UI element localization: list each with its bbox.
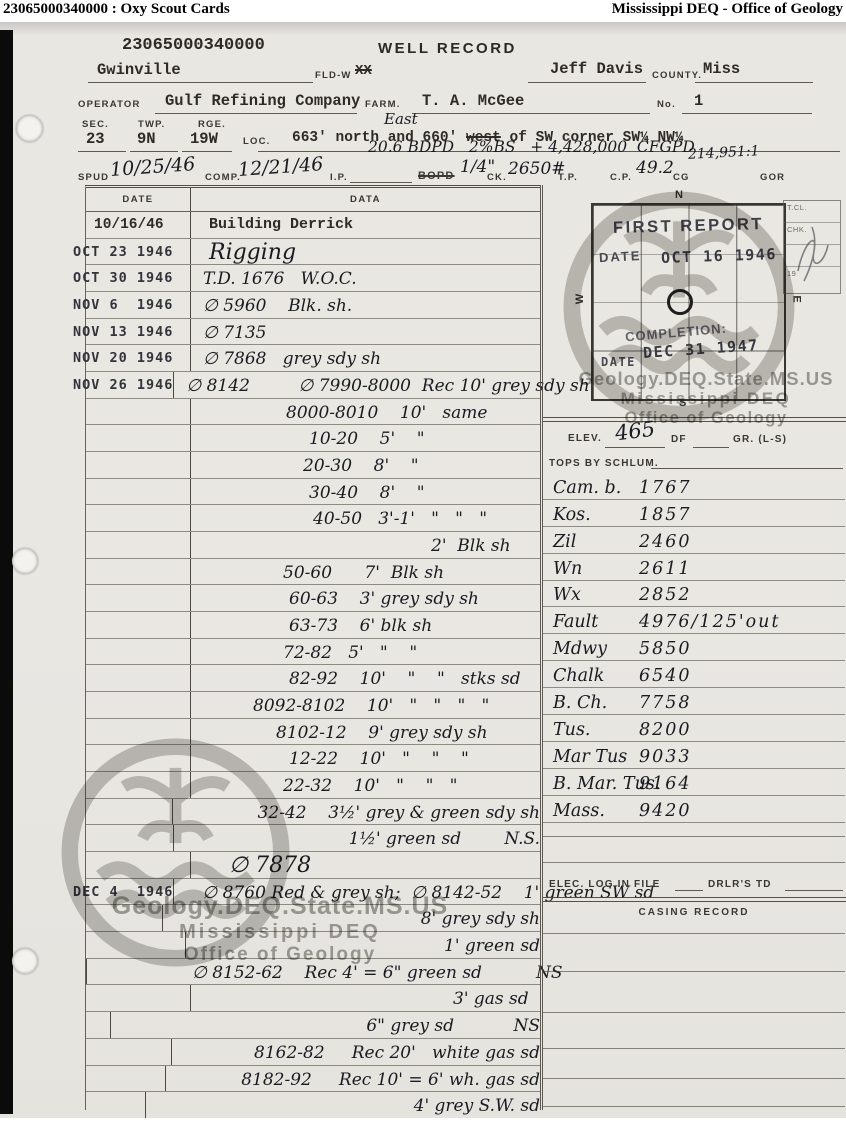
log-row: 4' grey S.W. sd (86, 1092, 540, 1119)
ruled-line (695, 82, 813, 83)
log-row-data: 50-60 7' Blk sh (191, 559, 540, 585)
viewer-header: 23065000340000 : Oxy Scout Cards Mississ… (0, 0, 846, 22)
log-row-data: 72-82 5' " " (191, 639, 540, 665)
log-row-date: OCT 23 1946 (86, 239, 191, 265)
formation-name: Chalk (553, 666, 604, 686)
scanned-scout-card-page: 23065000340000 : Oxy Scout Cards Mississ… (0, 0, 846, 1147)
log-row: 10-20 5' " (86, 425, 540, 452)
formation-depth: 9033 (639, 747, 692, 767)
operator-value: Gulf Refining Company (165, 92, 360, 110)
elec-log-label: ELEC. LOG IN FILE (549, 879, 661, 890)
rge-label: RGE. (198, 119, 226, 130)
tops-row: Fault 4976/125'out (543, 607, 845, 634)
log-row: 10/16/46 Building Derrick (86, 212, 540, 239)
bopd-struck-label: BOPD (418, 170, 455, 182)
log-row-data: 8102-12 9' grey sdy sh (191, 719, 540, 745)
formation-depth: 2460 (639, 532, 692, 552)
log-row: 8162-82 Rec 20' white gas sd (86, 1039, 540, 1066)
log-row: NOV 6 1946 ∅ 5960 Blk. sh. (86, 292, 540, 319)
log-row-date (86, 745, 191, 771)
log-row-data: ∅ 7868 grey sdy sh (191, 345, 540, 371)
tops-row: Wn 2611 (543, 554, 845, 581)
log-row-data: 12-22 10' " " " (191, 745, 540, 771)
tp-label: T.P. (558, 172, 578, 183)
sec-value: 23 (86, 130, 105, 148)
log-row-date (86, 1066, 166, 1092)
casing-pressure-hand: 49.2 (636, 158, 674, 178)
formation-depth: 7758 (639, 693, 692, 713)
ruled-line (675, 890, 703, 891)
formation-depth: 1767 (639, 478, 692, 498)
formation-depth: 1857 (639, 505, 692, 525)
log-row-data: 40-50 3'-1' " " " (191, 505, 540, 531)
tops-row: Zil 2460 (543, 527, 845, 554)
log-row: NOV 13 1946 ∅ 7135 (86, 319, 540, 346)
log-row: 22-32 10' " " " (86, 772, 540, 799)
field-label: FLD-W (315, 70, 352, 81)
log-row-data: ∅ 7878 (191, 852, 540, 878)
log-row-date (86, 585, 191, 611)
formation-name: B. Ch. (553, 693, 607, 713)
log-row: 20-30 8' " (86, 452, 540, 479)
log-row: 32-42 3½' grey & green sdy sh (86, 799, 540, 826)
ruled-line (130, 151, 178, 152)
ruled-line (155, 113, 357, 114)
county-name: Jeff Davis (550, 60, 643, 78)
log-row-date: OCT 30 1946 (86, 265, 191, 291)
log-row: 12-22 10' " " " (86, 745, 540, 772)
log-row: ∅ 8152-62 Rec 4' = 6" green sd NS (86, 959, 540, 986)
log-row-date (86, 665, 191, 691)
log-date-header: DATE (86, 188, 191, 211)
log-row-data: 1' green sd (186, 932, 540, 958)
ruled-line (605, 447, 665, 448)
formation-name: Zil (553, 532, 576, 552)
log-row: 1½' green sd N.S. (86, 825, 540, 852)
casing-list (543, 977, 845, 1049)
tops-list: Cam. b. 1767 Kos. 1857 Zil 2460 Wn 2611 … (543, 473, 845, 823)
cg-label: CG (673, 172, 690, 183)
punch-hole (12, 548, 38, 574)
log-row-data: 30-40 8' " (191, 479, 540, 505)
formation-name: Mar Tus (553, 747, 627, 767)
log-row-data: ∅ 8142 ∅ 7990-8000 Rec 10' grey sdy sh (174, 372, 589, 398)
formation-name: Cam. b. (553, 478, 621, 498)
completion-date-label: DATE (601, 355, 636, 369)
farm-value: T. A. McGee (422, 92, 524, 110)
scan-edge-strip (0, 30, 13, 1114)
log-row: 2' Blk sh (86, 532, 540, 559)
log-row-date (86, 852, 191, 878)
log-row-data: 8000-8010 10' same (191, 399, 540, 425)
sec-label: SEC. (82, 119, 109, 130)
ruled-line (78, 151, 126, 152)
log-row: OCT 23 1946 Rigging (86, 239, 540, 266)
ruled-line (682, 113, 812, 114)
log-row-data: 6" grey sd NS (111, 1012, 540, 1038)
log-row-data: ∅ 7135 (191, 319, 540, 345)
log-row: 6" grey sd NS (86, 1012, 540, 1039)
log-row: NOV 20 1946 ∅ 7868 grey sdy sh (86, 345, 540, 372)
formation-depth: 2611 (639, 559, 692, 579)
formation-depth: 5850 (639, 639, 692, 659)
tops-label: TOPS BY SCHLUM. (549, 458, 659, 469)
loc-label: LOC. (243, 136, 271, 147)
log-row: 8092-8102 10' " " " " (86, 692, 540, 719)
log-row: 72-82 5' " " (86, 639, 540, 666)
log-row-data: T.D. 1676 W.O.C. (191, 265, 540, 291)
ruled-line (88, 82, 313, 83)
log-row: ∅ 7878 (86, 852, 540, 879)
log-row: 82-92 10' " " stks sd (86, 665, 540, 692)
log-row-date (86, 719, 191, 745)
log-row-data: 1½' green sd N.S. (174, 825, 540, 851)
ck-label: CK. (487, 172, 507, 183)
log-row-data: 2' Blk sh (191, 532, 540, 558)
well-id: 23065000340000 (122, 36, 265, 55)
log-row-data: ∅ 5960 Blk. sh. (191, 292, 540, 318)
ruled-line (543, 1078, 845, 1079)
log-row-data: 8162-82 Rec 20' white gas sd (172, 1039, 540, 1065)
log-row: 30-40 8' " (86, 479, 540, 506)
ruled-line (543, 933, 845, 934)
log-row-data: 22-32 10' " " " (191, 772, 540, 798)
casing-entry (543, 1013, 845, 1049)
log-row-date (86, 532, 191, 558)
formation-depth: 6540 (639, 666, 692, 686)
ip-label: I.P. (330, 172, 348, 183)
formation-name: Tus. (553, 720, 591, 740)
drlrs-td-label: DRLR'S TD (708, 879, 772, 890)
gr-label: GR. (L-S) (733, 434, 787, 445)
daily-log-table: DATE DATA 10/16/46 Building Derrick OCT … (85, 185, 540, 1110)
ruled-line (412, 113, 650, 114)
ruled-line (543, 971, 845, 972)
log-row-data: Building Derrick (191, 212, 540, 238)
elev-label: ELEV. (568, 433, 602, 444)
log-row-date (86, 799, 173, 825)
tubing-pressure-hand: 2650# (508, 159, 566, 179)
log-row-date (86, 479, 191, 505)
log-row: 40-50 3'-1' " " " (86, 505, 540, 532)
tops-row: Wx 2852 (543, 581, 845, 608)
index-card-stamp: T.CL. CHK. 19 (783, 200, 841, 294)
log-row: NOV 26 1946 ∅ 8142 ∅ 7990-8000 Rec 10' g… (86, 372, 540, 399)
plat-south-label: S (679, 397, 686, 409)
log-row-date (86, 425, 191, 451)
log-row-date (86, 559, 191, 585)
operator-label: OPERATOR (78, 99, 141, 110)
log-row-date (86, 772, 191, 798)
ruled-line (350, 182, 412, 183)
log-row-date (86, 1092, 146, 1118)
casing-record-label: CASING RECORD (543, 907, 845, 918)
log-row-date (86, 985, 191, 1011)
formation-name: Kos. (553, 505, 591, 525)
casing-entry (543, 977, 845, 1013)
log-row-data: 32-42 3½' grey & green sdy sh (173, 799, 540, 825)
tops-row: Chalk 6540 (543, 661, 845, 688)
ruled-line (693, 447, 729, 448)
log-row-date: 10/16/46 (86, 212, 191, 238)
log-data-header: DATA (191, 188, 540, 211)
log-row-date (86, 1012, 111, 1038)
well-no-value: 1 (694, 92, 703, 110)
card-title: WELL RECORD (378, 40, 517, 57)
log-row-date: NOV 6 1946 (86, 292, 191, 318)
viewer-header-title: 23065000340000 : Oxy Scout Cards (3, 1, 230, 18)
log-row: DEC 4 1946 ∅ 8760 Red & grey sh; ∅ 8142-… (86, 879, 540, 906)
tops-row: B. Mar. Tus. 9164 (543, 769, 845, 796)
signature-scribble (784, 201, 840, 293)
field-struck-text: XX (355, 63, 372, 79)
log-row-data: 10-20 5' " (191, 425, 540, 451)
twp-label: TWP. (138, 119, 165, 130)
log-row-data: 82-92 10' " " stks sd (191, 665, 540, 691)
log-row-data: 8092-8102 10' " " " " (191, 692, 540, 718)
log-row-date: NOV 13 1946 (86, 319, 191, 345)
log-row-data: Rigging (191, 239, 540, 265)
gor-label: GOR (760, 172, 785, 183)
log-row: 8000-8010 10' same (86, 399, 540, 426)
ruled-line (528, 82, 646, 83)
rge-value: 19W (190, 130, 218, 148)
cp-label: C.P. (610, 172, 632, 183)
punch-hole (16, 115, 43, 142)
plat-east-label: E (791, 295, 803, 302)
formation-depth: 9164 (639, 774, 692, 794)
state-name: Miss (703, 60, 740, 78)
ruled-line (543, 836, 845, 837)
formation-name: Wn (553, 559, 582, 579)
tops-row: Tus. 8200 (543, 715, 845, 742)
formation-name: Fault (553, 612, 598, 632)
ruled-line (543, 862, 845, 863)
log-row: 60-63 3' grey sdy sh (86, 585, 540, 612)
log-row: 3' gas sd (86, 985, 540, 1012)
log-row-date (86, 452, 191, 478)
tops-row: Mdwy 5850 (543, 634, 845, 661)
formation-depth: 4976/125'out (639, 612, 780, 632)
log-row-data: 8182-92 Rec 10' = 6' wh. gas sd (166, 1066, 540, 1092)
ruled-line (785, 890, 843, 891)
spud-label: SPUD (78, 172, 109, 183)
log-row-data: 63-73 6' blk sh (191, 612, 540, 638)
ruled-line (651, 468, 843, 469)
well-no-label: No. (657, 99, 676, 110)
first-report-stamp: FIRST REPORT (613, 215, 764, 238)
field-name: Gwinville (97, 61, 181, 79)
log-row-date (86, 905, 163, 931)
well-location-circle (667, 289, 693, 315)
production-annotation-hand: 20.6 BDPD 2%BS + 4,428,000 CFGPD (368, 138, 695, 156)
log-row: 63-73 6' blk sh (86, 612, 540, 639)
plat-west-label: W (574, 294, 586, 304)
log-row-date (86, 825, 174, 851)
log-row-date (86, 399, 191, 425)
log-row-date (86, 1039, 172, 1065)
log-row: 50-60 7' Blk sh (86, 559, 540, 586)
first-report-date-label: DATE (599, 248, 642, 265)
log-row-date (86, 932, 186, 958)
log-rows: 10/16/46 Building Derrick OCT 23 1946 Ri… (86, 212, 540, 1146)
county-label: COUNTY. (652, 70, 702, 81)
df-label: DF (671, 434, 687, 445)
log-row-date (86, 639, 191, 665)
log-row-data: 60-63 3' grey sdy sh (191, 585, 540, 611)
tops-row: Cam. b. 1767 (543, 473, 845, 500)
punch-hole (12, 948, 38, 974)
log-row-data: ∅ 8152-62 Rec 4' = 6" green sd NS (87, 959, 562, 985)
log-row-data: 3' gas sd (191, 985, 540, 1011)
formation-name: Mass. (553, 801, 605, 821)
elev-value-hand: 465 (614, 417, 657, 446)
log-row-date: NOV 20 1946 (86, 345, 191, 371)
log-row-date (86, 612, 191, 638)
log-table-header: DATE DATA (86, 188, 540, 212)
ruled-line (543, 897, 846, 902)
loc-correction-hand: East (384, 110, 418, 128)
tops-row: B. Ch. 7758 (543, 688, 845, 715)
ruled-line (543, 417, 846, 422)
formation-depth: 8200 (639, 720, 692, 740)
viewer-footer (0, 1118, 846, 1147)
log-row-data: 4' grey S.W. sd (146, 1092, 540, 1118)
tops-row: Mar Tus 9033 (543, 742, 845, 769)
log-row-date (86, 692, 191, 718)
viewer-header-agency: Mississippi DEQ - Office of Geology (612, 1, 843, 18)
formation-depth: 2852 (639, 585, 692, 605)
log-row-data: 20-30 8' " (191, 452, 540, 478)
farm-label: FARM. (365, 99, 401, 110)
ruled-line (543, 1106, 845, 1107)
formation-name: Wx (553, 585, 581, 605)
formation-depth: 9420 (639, 801, 692, 821)
log-row-date: DEC 4 1946 (86, 879, 174, 905)
plat-north-label: N (675, 189, 683, 201)
log-row: OCT 30 1946 T.D. 1676 W.O.C. (86, 265, 540, 292)
log-row-data: 8' grey sdy sh (163, 905, 540, 931)
log-row: 8182-92 Rec 10' = 6' wh. gas sd (86, 1066, 540, 1093)
right-panel: N W E S FIRST REPORT DATE OCT 16 1946 CO… (540, 185, 846, 1110)
log-row: 8102-12 9' grey sdy sh (86, 719, 540, 746)
ruled-line (182, 151, 232, 152)
log-row-date: NOV 26 1946 (86, 372, 174, 398)
log-row: 1' green sd (86, 932, 540, 959)
log-row: 8' grey sdy sh (86, 905, 540, 932)
twp-value: 9N (137, 130, 156, 148)
comp-label: COMP. (205, 172, 241, 183)
formation-name: Mdwy (553, 639, 607, 659)
log-row-date (86, 505, 191, 531)
tops-row: Kos. 1857 (543, 500, 845, 527)
tops-row: Mass. 9420 (543, 796, 845, 823)
